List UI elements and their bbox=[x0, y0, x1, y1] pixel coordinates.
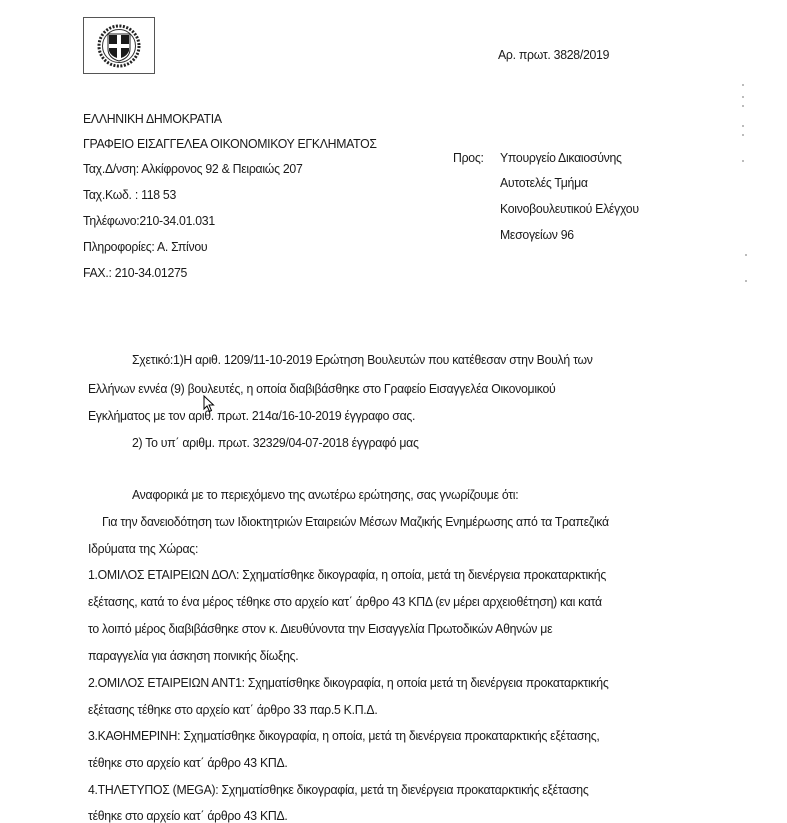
subject-line: Εγκλήματος με τον αριθ. πρωτ. 214α/16-10… bbox=[88, 408, 415, 423]
mouse-pointer-icon bbox=[203, 395, 215, 418]
item-1-line: 1.ΟΜΙΛΟΣ ΕΤΑΙΡΕΙΩΝ ΔΟΛ: Σχηματίσθηκε δικ… bbox=[88, 567, 606, 582]
body-paragraph-line: Ιδρύματα της Χώρας: bbox=[88, 541, 198, 556]
scan-artifact bbox=[742, 125, 744, 127]
scan-artifact bbox=[742, 96, 744, 98]
subject-line: Ελλήνων εννέα (9) βουλευτές, η οποία δια… bbox=[88, 381, 555, 396]
subject-line: Σχετικό:1)Η αριθ. 1209/11-10-2019 Ερώτησ… bbox=[132, 352, 593, 367]
body-intro: Αναφορικά με το περιεχόμενο της ανωτέρω … bbox=[132, 487, 518, 502]
sender-phone: Τηλέφωνο:210-34.01.031 bbox=[83, 213, 215, 228]
body-paragraph-line: Για την δανειοδότηση των Ιδιοκτητριών Ετ… bbox=[102, 514, 609, 529]
sender-office: ΓΡΑΦΕΙΟ ΕΙΣΑΓΓΕΛΕΑ ΟΙΚΟΝΟΜΙΚΟΥ ΕΓΚΛΗΜΑΤΟ… bbox=[83, 136, 377, 151]
scan-artifact bbox=[742, 134, 744, 136]
recipient-line: Αυτοτελές Τμήμα bbox=[500, 175, 588, 190]
item-2-line: εξέτασης τέθηκε στο αρχείο κατ΄ άρθρο 33… bbox=[88, 702, 377, 717]
subject-line: 2) Το υπ΄ αριθμ. πρωτ. 32329/04-07-2018 … bbox=[132, 435, 419, 450]
sender-info: Πληροφορίες: Α. Σπίνου bbox=[83, 239, 207, 254]
scan-artifact bbox=[745, 254, 747, 256]
protocol-number: Αρ. πρωτ. 3828/2019 bbox=[498, 47, 609, 62]
sender-postal-code: Ταχ.Κωδ. : 118 53 bbox=[83, 187, 176, 202]
item-1-line: το λοιπό μέρος διαβιβάσθηκε στον κ. Διευ… bbox=[88, 621, 552, 636]
item-1-line: παραγγελία για άσκηση ποινικής δίωξης. bbox=[88, 648, 298, 663]
recipient-line: Υπουργείο Δικαιοσύνης bbox=[500, 150, 622, 165]
item-4-line: τέθηκε στο αρχείο κατ΄ άρθρο 43 ΚΠΔ. bbox=[88, 808, 287, 823]
recipient-line: Κοινοβουλευτικού Ελέγχου bbox=[500, 201, 639, 216]
scan-artifact bbox=[742, 160, 744, 162]
item-2-line: 2.ΟΜΙΛΟΣ ΕΤΑΙΡΕΙΩΝ ΑΝΤ1: Σχηματίσθηκε δι… bbox=[88, 675, 608, 690]
sender-country: ΕΛΛΗΝΙΚΗ ΔΗΜΟΚΡΑΤΙΑ bbox=[83, 111, 222, 126]
scan-artifact bbox=[745, 280, 747, 282]
scan-artifact bbox=[742, 84, 744, 86]
recipient-label: Προς: bbox=[453, 150, 484, 165]
greek-coat-of-arms-icon bbox=[83, 17, 155, 74]
sender-fax: FAX.: 210-34.01275 bbox=[83, 265, 187, 280]
item-1-line: εξέτασης, κατά το ένα μέρος τέθηκε στο α… bbox=[88, 594, 602, 609]
scan-artifact bbox=[742, 105, 744, 107]
item-4-line: 4.ΤΗΛΕΤΥΠΟΣ (MEGA): Σχηματίσθηκε δικογρα… bbox=[88, 782, 588, 797]
recipient-line: Μεσογείων 96 bbox=[500, 227, 574, 242]
item-3-line: 3.ΚΑΘΗΜΕΡΙΝΗ: Σχηματίσθηκε δικογραφία, η… bbox=[88, 728, 600, 743]
sender-address: Ταχ.Δ/νση: Αλκίφρονος 92 & Πειραιώς 207 bbox=[83, 161, 302, 176]
item-3-line: τέθηκε στο αρχείο κατ΄ άρθρο 43 ΚΠΔ. bbox=[88, 755, 287, 770]
